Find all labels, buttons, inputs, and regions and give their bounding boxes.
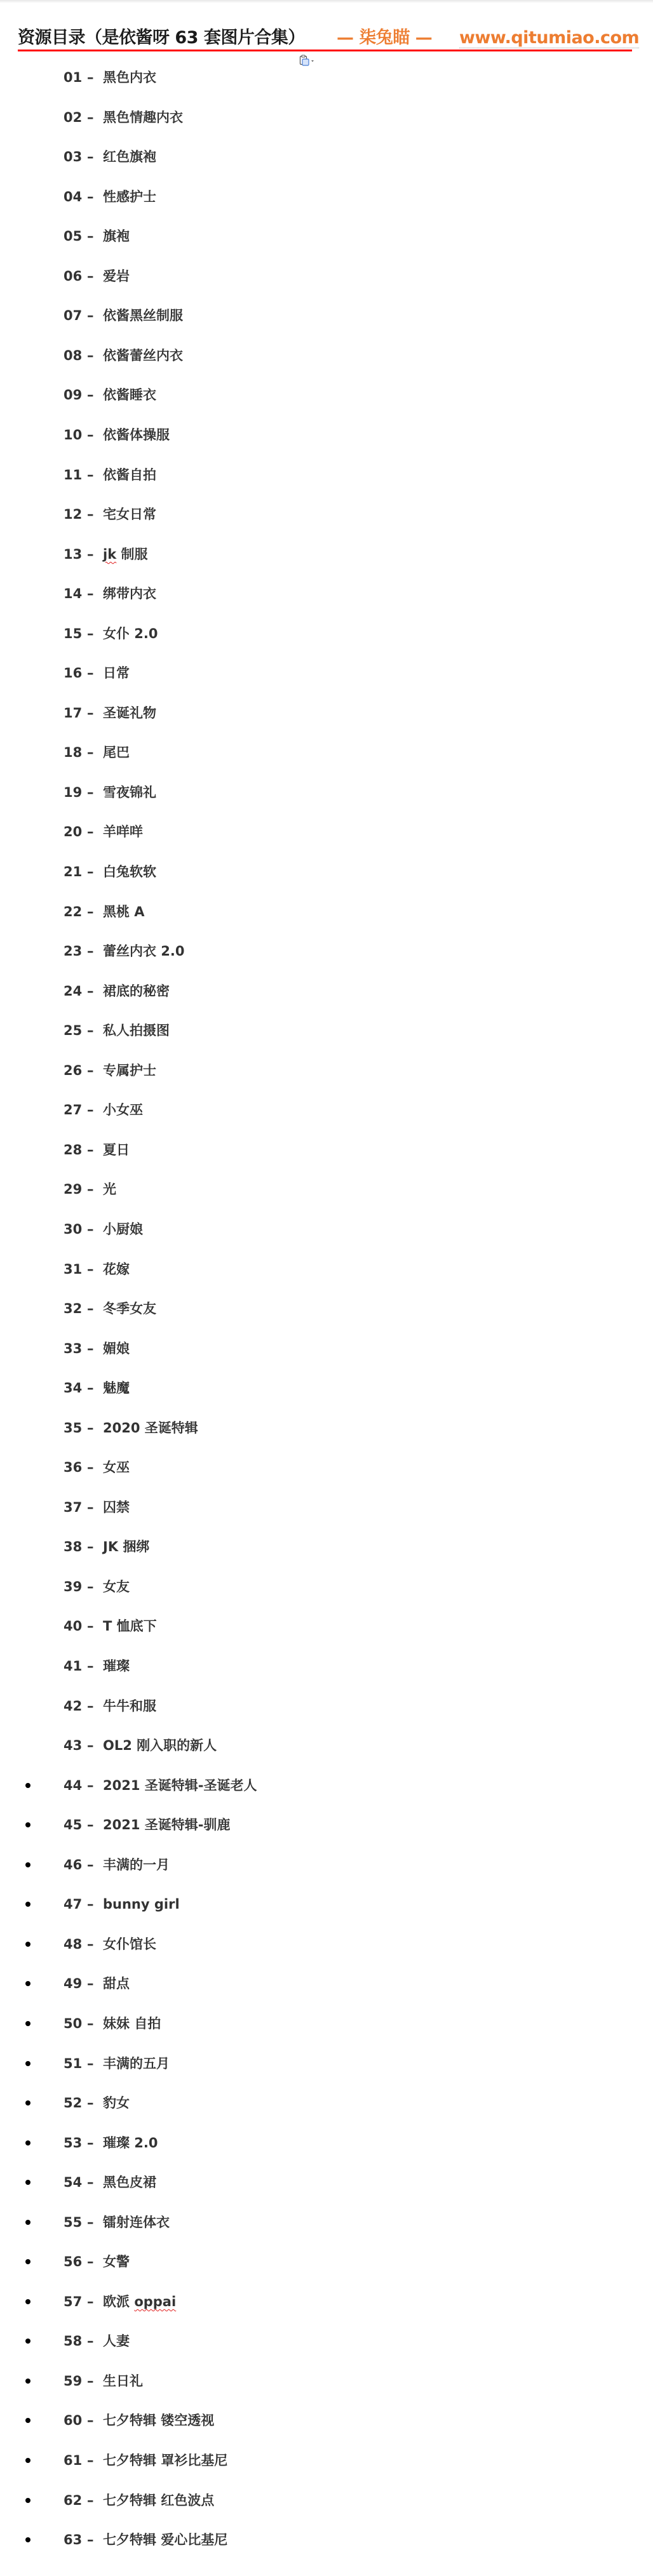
- item-separator: –: [87, 1653, 94, 1679]
- item-separator: –: [87, 2249, 94, 2274]
- item-label: 依酱蕾丝内衣: [103, 343, 183, 368]
- item-number: 56: [64, 2249, 82, 2274]
- item-number: 37: [64, 1495, 82, 1520]
- item-label: 媚娘: [103, 1336, 130, 1361]
- item-number: 14: [64, 581, 82, 606]
- item-label: 丰满的五月: [103, 2051, 170, 2076]
- item-number: 22: [64, 899, 82, 924]
- list-item: 20–羊咩咩: [0, 819, 572, 844]
- item-separator: –: [87, 105, 94, 130]
- item-separator: –: [87, 1971, 94, 1996]
- list-item: 52–豹女: [0, 2090, 572, 2116]
- item-separator: –: [87, 2011, 94, 2036]
- item-separator: –: [87, 502, 94, 527]
- item-label: 囚禁: [103, 1495, 130, 1520]
- list-item: 53–璀璨 2.0: [0, 2130, 572, 2156]
- item-number: 20: [64, 819, 82, 844]
- item-number: 07: [64, 303, 82, 328]
- list-item: 49–甜点: [0, 1971, 572, 1996]
- list-item: 34–魅魔: [0, 1375, 572, 1401]
- item-label: 豹女: [103, 2090, 130, 2116]
- list-item: 62–七夕特辑 红色波点: [0, 2488, 572, 2513]
- list-item: 08–依酱蕾丝内衣: [0, 343, 572, 368]
- item-number: 35: [64, 1415, 82, 1441]
- list-item: 51–丰满的五月: [0, 2051, 572, 2076]
- item-number: 60: [64, 2408, 82, 2433]
- list-item: 43–OL2 刚入职的新人: [0, 1733, 572, 1758]
- spellcheck-underline[interactable]: oppai: [134, 2294, 176, 2309]
- list-item: 26–专属护士: [0, 1058, 572, 1083]
- item-number: 16: [64, 660, 82, 686]
- item-separator: –: [87, 1296, 94, 1321]
- item-number: 28: [64, 1137, 82, 1163]
- item-separator: –: [87, 2051, 94, 2076]
- item-number: 49: [64, 1971, 82, 1996]
- item-separator: –: [87, 1018, 94, 1043]
- item-separator: –: [87, 978, 94, 1004]
- item-separator: –: [87, 1217, 94, 1242]
- item-label: 镭射连体衣: [103, 2210, 170, 2235]
- item-separator: –: [87, 2210, 94, 2235]
- item-label: 尾巴: [103, 740, 130, 765]
- item-number: 13: [64, 542, 82, 567]
- list-item: 55–镭射连体衣: [0, 2210, 572, 2235]
- item-label: 璀璨: [103, 1653, 130, 1679]
- list-item: 48–女仆馆长: [0, 1932, 572, 1957]
- item-label: 私人拍摄图: [103, 1018, 170, 1043]
- item-label: 女仆馆长: [103, 1932, 156, 1957]
- item-label: 白兔软软: [103, 859, 156, 884]
- item-number: 32: [64, 1296, 82, 1321]
- item-number: 11: [64, 462, 82, 488]
- item-separator: –: [87, 2408, 94, 2433]
- item-separator: –: [87, 2368, 94, 2394]
- item-label: 女仆 2.0: [103, 621, 158, 646]
- list-item: 32–冬季女友: [0, 1296, 572, 1321]
- item-label: jk 制服: [103, 542, 147, 567]
- item-label: 光: [103, 1177, 116, 1202]
- item-separator: –: [87, 819, 94, 844]
- list-item: 40–T 恤底下: [0, 1613, 572, 1639]
- list-item: 56–女警: [0, 2249, 572, 2274]
- list-item: 38–JK 捆绑: [0, 1534, 572, 1559]
- item-number: 53: [64, 2130, 82, 2156]
- list-item: 13–jk 制服: [0, 542, 572, 567]
- item-label: 黑色皮裙: [103, 2170, 156, 2195]
- item-label: 红色旗袍: [103, 144, 156, 170]
- list-item: 37–囚禁: [0, 1495, 572, 1520]
- item-label: 依酱自拍: [103, 462, 156, 488]
- item-label: 妹妹 自拍: [103, 2011, 161, 2036]
- item-separator: –: [87, 780, 94, 805]
- list-item: 36–女巫: [0, 1455, 572, 1480]
- item-separator: –: [87, 1495, 94, 1520]
- list-item: 59–生日礼: [0, 2368, 572, 2394]
- bullet-icon: [25, 1942, 30, 1947]
- list-item: 47–bunny girl: [0, 1892, 572, 1917]
- item-separator: –: [87, 700, 94, 726]
- item-separator: –: [87, 2090, 94, 2116]
- item-number: 39: [64, 1574, 82, 1599]
- list-item: 06–爱岩: [0, 264, 572, 289]
- list-item: 42–牛牛和服: [0, 1693, 572, 1719]
- item-number: 58: [64, 2328, 82, 2354]
- title-text: 资源目录（是依酱呀 63 套图片合集）: [18, 27, 305, 50]
- list-item: 14–绑带内衣: [0, 581, 572, 606]
- list-item: 15–女仆 2.0: [0, 621, 572, 646]
- item-label: 人妻: [103, 2328, 130, 2354]
- item-number: 30: [64, 1217, 82, 1242]
- list-item: 16–日常: [0, 660, 572, 686]
- bullet-icon: [25, 2418, 30, 2423]
- item-label: 裙底的秘密: [103, 978, 170, 1004]
- item-label: 女巫: [103, 1455, 130, 1480]
- item-number: 63: [64, 2527, 82, 2553]
- list-item: 60–七夕特辑 镂空透视: [0, 2408, 572, 2433]
- item-number: 34: [64, 1375, 82, 1401]
- bullet-icon: [25, 1862, 30, 1867]
- item-label: 冬季女友: [103, 1296, 156, 1321]
- item-number: 04: [64, 184, 82, 210]
- item-label: 七夕特辑 镂空透视: [103, 2408, 214, 2433]
- item-separator: –: [87, 2130, 94, 2156]
- item-number: 10: [64, 422, 82, 448]
- item-label: 旗袍: [103, 224, 130, 249]
- item-label: 女友: [103, 1574, 130, 1599]
- item-label: 性感护士: [103, 184, 156, 210]
- item-separator: –: [87, 2527, 94, 2553]
- list-item: 04–性感护士: [0, 184, 572, 210]
- item-number: 31: [64, 1257, 82, 1282]
- item-number: 46: [64, 1852, 82, 1878]
- bullet-icon: [25, 2140, 30, 2146]
- item-number: 44: [64, 1773, 82, 1798]
- item-number: 26: [64, 1058, 82, 1083]
- bullet-icon: [25, 2458, 30, 2463]
- item-label: 丰满的一月: [103, 1852, 170, 1878]
- item-separator: –: [87, 1852, 94, 1878]
- item-number: 06: [64, 264, 82, 289]
- item-label: 2021 圣诞特辑-圣诞老人: [103, 1773, 257, 1798]
- item-number: 24: [64, 978, 82, 1004]
- title-url-text: www.qitumiao.com: [459, 28, 639, 48]
- list-item: 46–丰满的一月: [0, 1852, 572, 1878]
- item-separator: –: [87, 422, 94, 448]
- item-separator: –: [87, 2488, 94, 2513]
- item-label: 雪夜锦礼: [103, 780, 156, 805]
- item-label: 牛牛和服: [103, 1693, 156, 1719]
- item-number: 41: [64, 1653, 82, 1679]
- item-separator: –: [87, 1375, 94, 1401]
- item-label: 魅魔: [103, 1375, 130, 1401]
- item-number: 18: [64, 740, 82, 765]
- list-item: 07–依酱黑丝制服: [0, 303, 572, 328]
- item-number: 59: [64, 2368, 82, 2394]
- item-separator: –: [87, 621, 94, 646]
- item-number: 29: [64, 1177, 82, 1202]
- item-label: 黑桃 A: [103, 899, 145, 924]
- list-item: 33–媚娘: [0, 1336, 572, 1361]
- item-label: 绑带内衣: [103, 581, 156, 606]
- item-separator: –: [87, 1534, 94, 1559]
- item-label: 宅女日常: [103, 502, 156, 527]
- item-separator: –: [87, 462, 94, 488]
- list-item: 22–黑桃 A: [0, 899, 572, 924]
- item-label: 黑色情趣内衣: [103, 105, 183, 130]
- item-number: 05: [64, 224, 82, 249]
- item-number: 45: [64, 1812, 82, 1838]
- list-item: 21–白兔软软: [0, 859, 572, 884]
- item-separator: –: [87, 1812, 94, 1838]
- bullet-icon: [25, 2180, 30, 2185]
- item-separator: –: [87, 2170, 94, 2195]
- list-item: 28–夏日: [0, 1137, 572, 1163]
- item-separator: –: [87, 1177, 94, 1202]
- item-separator: –: [87, 2289, 94, 2314]
- item-separator: –: [87, 1773, 94, 1798]
- item-number: 21: [64, 859, 82, 884]
- item-label: 依酱体操服: [103, 422, 170, 448]
- item-number: 33: [64, 1336, 82, 1361]
- item-number: 12: [64, 502, 82, 527]
- item-number: 23: [64, 938, 82, 964]
- item-number: 50: [64, 2011, 82, 2036]
- list-item: 50–妹妹 自拍: [0, 2011, 572, 2036]
- list-item: 61–七夕特辑 罩衫比基尼: [0, 2448, 572, 2473]
- item-number: 48: [64, 1932, 82, 1957]
- item-label: 依酱睡衣: [103, 382, 156, 408]
- item-number: 01: [64, 65, 82, 90]
- bullet-icon: [25, 1822, 30, 1827]
- list-item: 17–圣诞礼物: [0, 700, 572, 726]
- list-item: 24–裙底的秘密: [0, 978, 572, 1004]
- item-label: 璀璨 2.0: [103, 2130, 158, 2156]
- item-number: 15: [64, 621, 82, 646]
- item-separator: –: [87, 859, 94, 884]
- list-item: 19–雪夜锦礼: [0, 780, 572, 805]
- list-item: 41–璀璨: [0, 1653, 572, 1679]
- bullet-icon: [25, 1981, 30, 1986]
- item-label: 小女巫: [103, 1097, 143, 1123]
- item-number: 43: [64, 1733, 82, 1758]
- bullet-icon: [25, 2537, 30, 2542]
- item-label: 日常: [103, 660, 130, 686]
- item-separator: –: [87, 1733, 94, 1758]
- bullet-icon: [25, 1902, 30, 1907]
- list-item: 05–旗袍: [0, 224, 572, 249]
- item-number: 02: [64, 105, 82, 130]
- list-item: 35–2020 圣诞特辑: [0, 1415, 572, 1441]
- item-number: 27: [64, 1097, 82, 1123]
- item-label: 七夕特辑 红色波点: [103, 2488, 214, 2513]
- list-item: 29–光: [0, 1177, 572, 1202]
- item-separator: –: [87, 1257, 94, 1282]
- item-label: 花嫁: [103, 1257, 130, 1282]
- item-separator: –: [87, 660, 94, 686]
- item-separator: –: [87, 1932, 94, 1957]
- bullet-icon: [25, 1783, 30, 1788]
- item-separator: –: [87, 1137, 94, 1163]
- item-label: 七夕特辑 罩衫比基尼: [103, 2448, 227, 2473]
- list-item: 39–女友: [0, 1574, 572, 1599]
- item-separator: –: [87, 2448, 94, 2473]
- item-label: OL2 刚入职的新人: [103, 1733, 217, 1758]
- item-label: 圣诞礼物: [103, 700, 156, 726]
- list-item: 25–私人拍摄图: [0, 1018, 572, 1043]
- item-label: 七夕特辑 爱心比基尼: [103, 2527, 227, 2553]
- item-separator: –: [87, 303, 94, 328]
- caret-down-icon: [311, 60, 314, 62]
- item-separator: –: [87, 65, 94, 90]
- item-label: 女警: [103, 2249, 130, 2274]
- item-separator: –: [87, 581, 94, 606]
- item-separator: –: [87, 1415, 94, 1441]
- item-separator: –: [87, 1058, 94, 1083]
- item-label: 夏日: [103, 1137, 130, 1163]
- item-label: 生日礼: [103, 2368, 143, 2394]
- list-item: 54–黑色皮裙: [0, 2170, 572, 2195]
- item-label: 黑色内衣: [103, 65, 156, 90]
- item-number: 47: [64, 1892, 82, 1917]
- list-item: 23–蕾丝内衣 2.0: [0, 938, 572, 964]
- list-item: 12–宅女日常: [0, 502, 572, 527]
- item-label: 依酱黑丝制服: [103, 303, 183, 328]
- item-number: 25: [64, 1018, 82, 1043]
- item-number: 08: [64, 343, 82, 368]
- list-item: 58–人妻: [0, 2328, 572, 2354]
- item-separator: –: [87, 740, 94, 765]
- list-item: 03–红色旗袍: [0, 144, 572, 170]
- document-title: 资源目录（是依酱呀 63 套图片合集） — 柒兔瞄 — www.qitumiao…: [18, 27, 632, 51]
- item-number: 42: [64, 1693, 82, 1719]
- item-separator: –: [87, 1613, 94, 1639]
- bullet-icon: [25, 2061, 30, 2066]
- item-separator: –: [87, 1574, 94, 1599]
- item-separator: –: [87, 382, 94, 408]
- item-separator: –: [87, 144, 94, 170]
- bullet-icon: [25, 2379, 30, 2384]
- item-label: 专属护士: [103, 1058, 156, 1083]
- item-separator: –: [87, 184, 94, 210]
- list-item: 18–尾巴: [0, 740, 572, 765]
- item-separator: –: [87, 343, 94, 368]
- item-number: 09: [64, 382, 82, 408]
- title-author: — 柒兔瞄 —: [337, 27, 432, 50]
- item-number: 03: [64, 144, 82, 170]
- list-item: 27–小女巫: [0, 1097, 572, 1123]
- item-number: 51: [64, 2051, 82, 2076]
- item-number: 55: [64, 2210, 82, 2235]
- list-item: 45–2021 圣诞特辑-驯鹿: [0, 1812, 572, 1838]
- bullet-icon: [25, 2498, 30, 2503]
- item-label: bunny girl: [103, 1892, 180, 1917]
- bullet-icon: [25, 2021, 30, 2026]
- item-number: 19: [64, 780, 82, 805]
- item-number: 61: [64, 2448, 82, 2473]
- item-separator: –: [87, 1892, 94, 1917]
- item-label: 爱岩: [103, 264, 130, 289]
- item-label: 2021 圣诞特辑-驯鹿: [103, 1812, 230, 1838]
- item-label: 小厨娘: [103, 1217, 143, 1242]
- item-label: JK 捆绑: [103, 1534, 149, 1559]
- item-separator: –: [87, 899, 94, 924]
- bullet-icon: [25, 2339, 30, 2344]
- list-item: 57–欧派 oppai: [0, 2289, 572, 2314]
- item-label: 欧派 oppai: [103, 2289, 176, 2314]
- item-separator: –: [87, 1336, 94, 1361]
- item-separator: –: [87, 1455, 94, 1480]
- window-top-edge: [0, 0, 653, 3]
- item-number: 40: [64, 1613, 82, 1639]
- item-separator: –: [87, 938, 94, 964]
- item-number: 57: [64, 2289, 82, 2314]
- item-label: 甜点: [103, 1971, 130, 1996]
- bullet-icon: [25, 2299, 30, 2304]
- item-separator: –: [87, 264, 94, 289]
- list-item: 01–黑色内衣: [0, 65, 572, 90]
- item-number: 17: [64, 700, 82, 726]
- list-item: 31–花嫁: [0, 1257, 572, 1282]
- list-item: 63–七夕特辑 爱心比基尼: [0, 2527, 572, 2553]
- item-separator: –: [87, 224, 94, 249]
- item-number: 38: [64, 1534, 82, 1559]
- list-item: 44–2021 圣诞特辑-圣诞老人: [0, 1773, 572, 1798]
- item-separator: –: [87, 1097, 94, 1123]
- list-item: 09–依酱睡衣: [0, 382, 572, 408]
- item-separator: –: [87, 542, 94, 567]
- item-number: 36: [64, 1455, 82, 1480]
- item-separator: –: [87, 1693, 94, 1719]
- title-url-link[interactable]: www.qitumiao.com: [459, 27, 639, 50]
- spellcheck-underline[interactable]: jk: [103, 547, 116, 562]
- item-label: 羊咩咩: [103, 819, 143, 844]
- bullet-icon: [25, 2100, 30, 2106]
- item-label: 2020 圣诞特辑: [103, 1415, 198, 1441]
- bullet-icon: [25, 2220, 30, 2225]
- item-number: 62: [64, 2488, 82, 2513]
- list-item: 11–依酱自拍: [0, 462, 572, 488]
- item-separator: –: [87, 2328, 94, 2354]
- bullet-icon: [25, 2259, 30, 2264]
- item-label: 蕾丝内衣 2.0: [103, 938, 185, 964]
- item-number: 54: [64, 2170, 82, 2195]
- item-label: T 恤底下: [103, 1613, 157, 1639]
- list-item: 02–黑色情趣内衣: [0, 105, 572, 130]
- list-item: 30–小厨娘: [0, 1217, 572, 1242]
- item-number: 52: [64, 2090, 82, 2116]
- list-item: 10–依酱体操服: [0, 422, 572, 448]
